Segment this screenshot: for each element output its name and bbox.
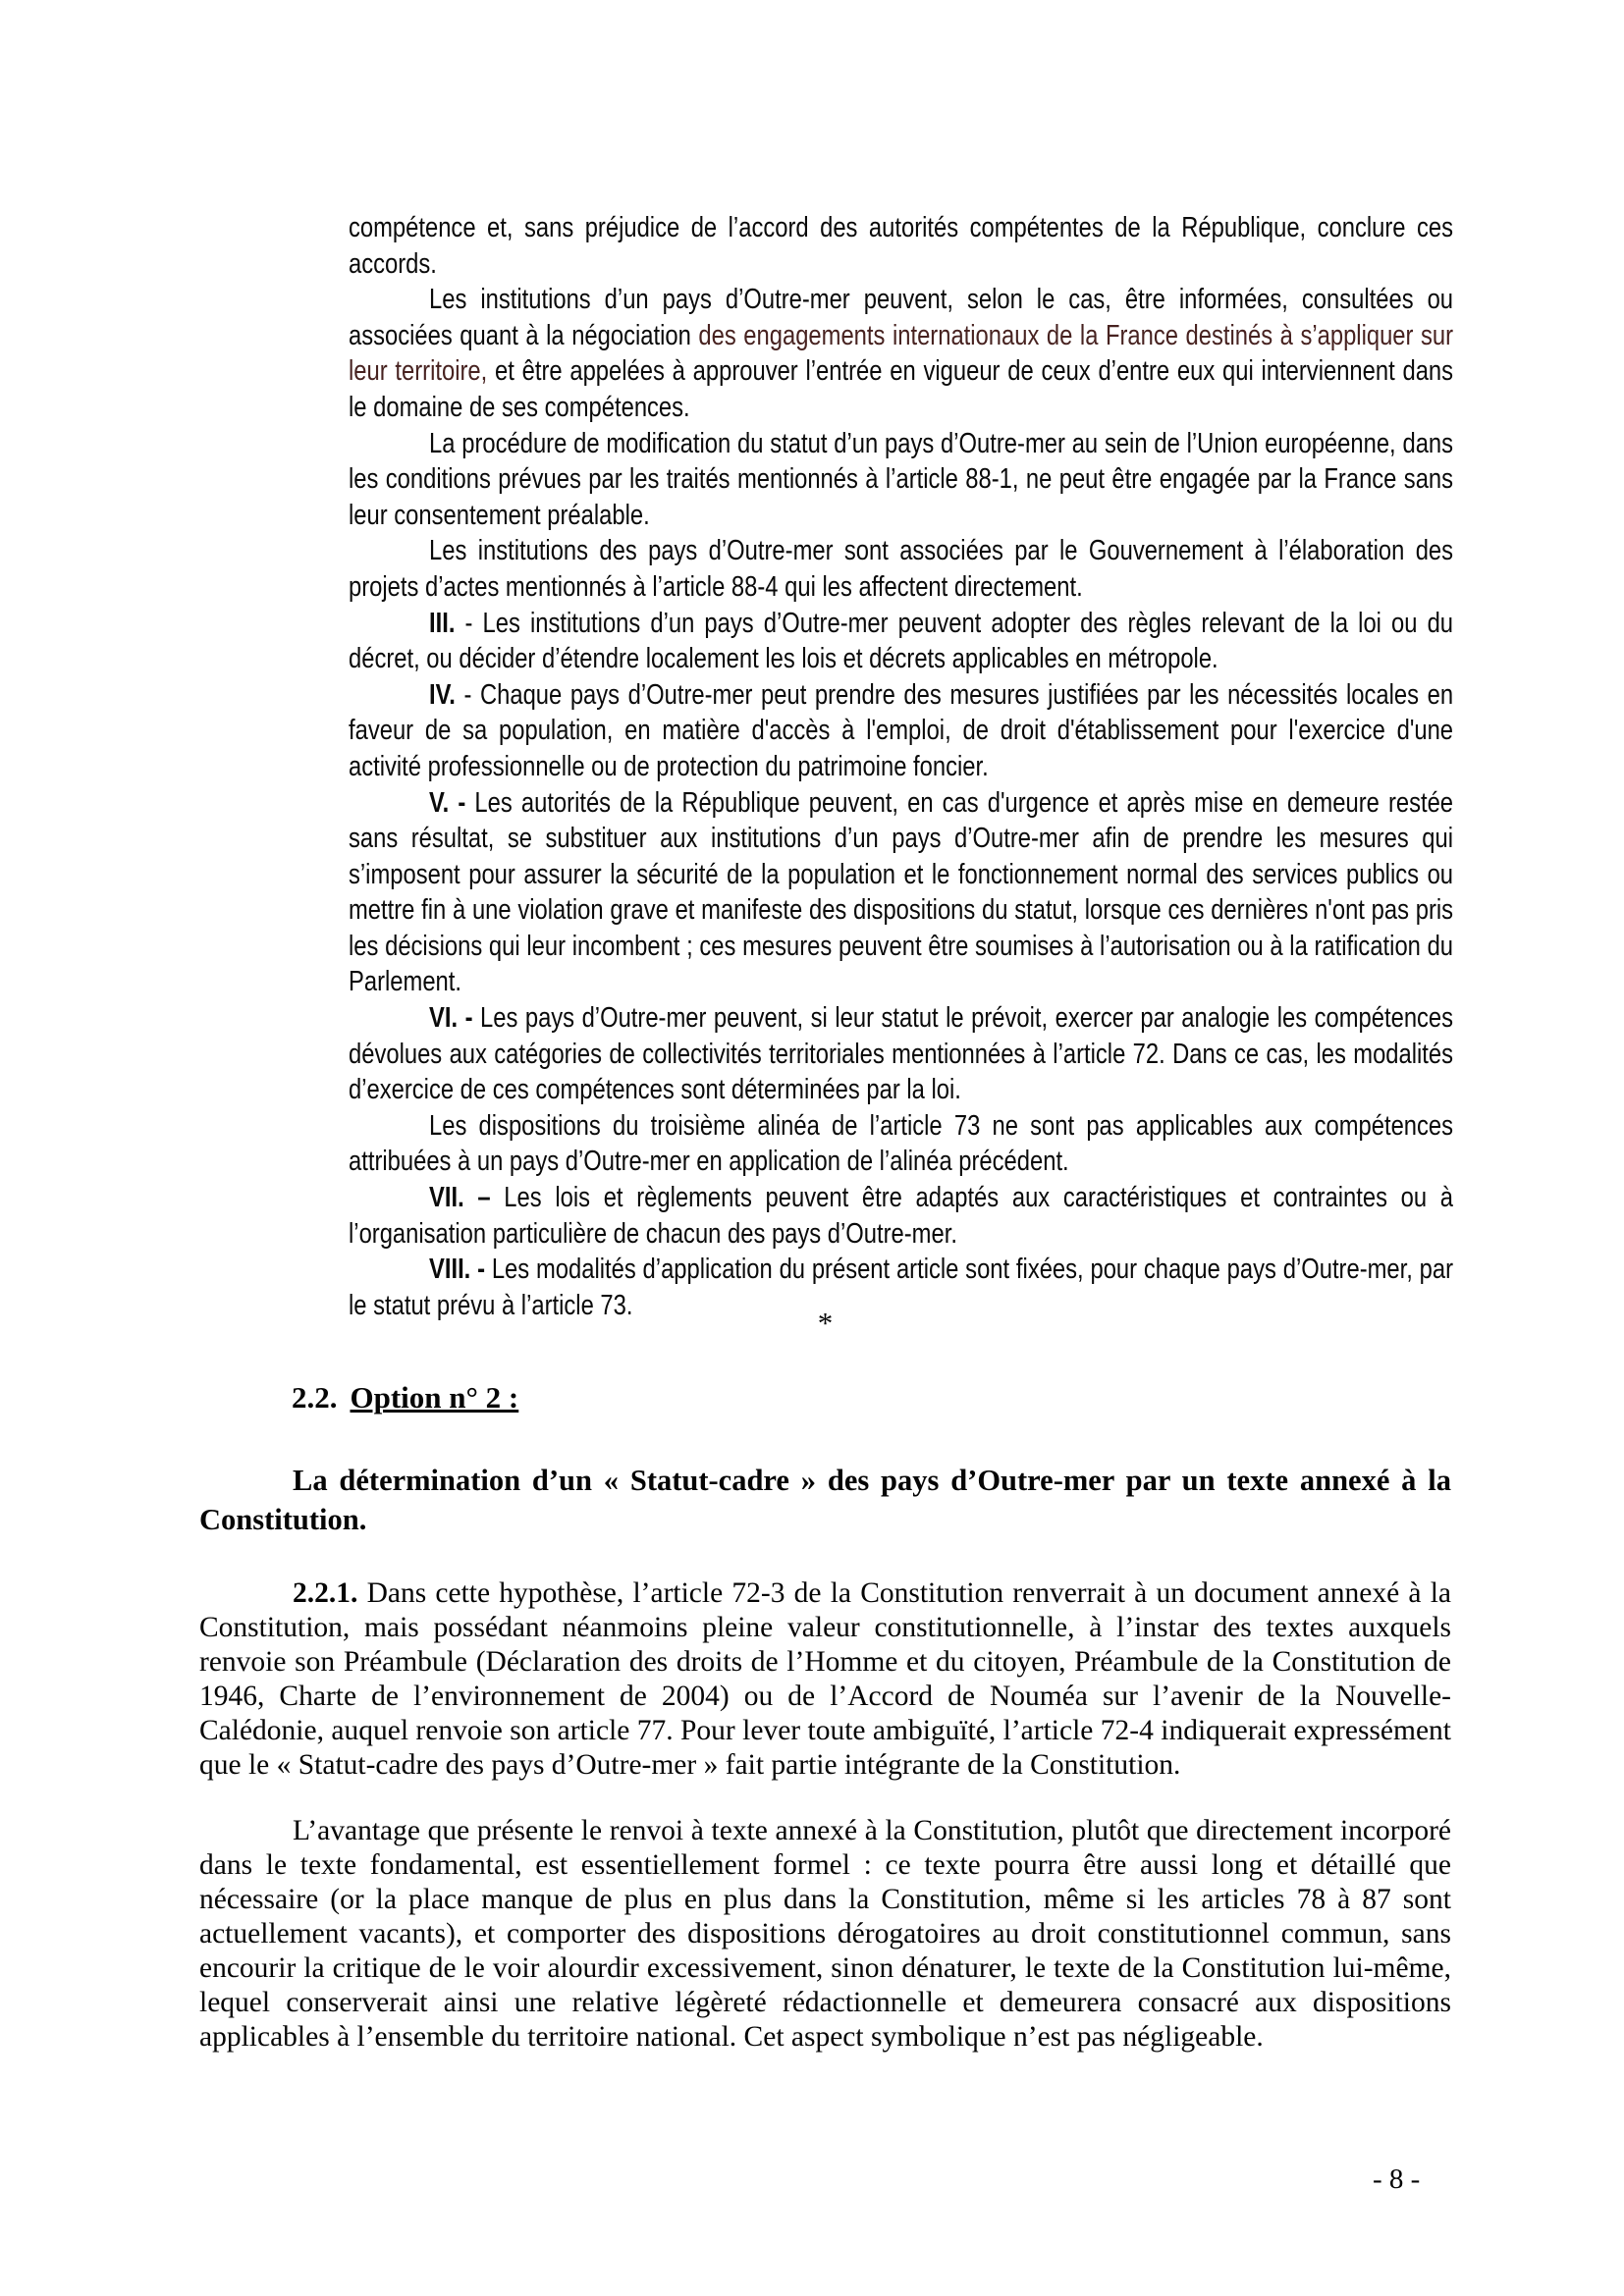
section-heading-title: Option n° 2 : [351, 1380, 519, 1415]
roman-numeral-V: V. - [429, 787, 465, 819]
roman-numeral-VI: VI. - [429, 1002, 472, 1034]
quote-paragraph-IV: IV. - Chaque pays d’Outre-mer peut prend… [349, 677, 1453, 785]
roman-numeral-III: III. [429, 608, 455, 639]
paragraph-V-text: Les autorités de la République peuvent, … [349, 787, 1453, 998]
numeral-separator [485, 1254, 492, 1285]
paragraph-advantage: L’avantage que présente le renvoi à text… [199, 1814, 1451, 2055]
numeral-separator [491, 1182, 505, 1213]
quote-paragraph-3: La procédure de modification du statut d… [349, 426, 1453, 534]
numeral-separator: - [456, 679, 480, 711]
section-heading-2-2: 2.2.Option n° 2 : [292, 1380, 1451, 1415]
page-number: - 8 - [1373, 2163, 1420, 2196]
section-subtitle: La détermination d’un « Statut-cadre » d… [199, 1461, 1451, 1539]
quote-paragraph-III: III. - Les institutions d’un pays d’Outr… [349, 606, 1453, 677]
paragraph-VI-text: Les pays d’Outre-mer peuvent, si leur st… [349, 1002, 1453, 1105]
roman-numeral-VIII: VIII. - [429, 1254, 485, 1285]
quote-paragraph-9: Les dispositions du troisième alinéa de … [349, 1108, 1453, 1180]
section-heading-number: 2.2. [292, 1380, 338, 1415]
asterisk-separator: * [199, 1306, 1451, 1341]
quote-paragraph-VII: VII. – Les lois et règlements peuvent êt… [349, 1180, 1453, 1252]
paragraph-2-2-1-number: 2.2.1. [293, 1577, 357, 1609]
paragraph-VII-text: Les lois et règlements peuvent être adap… [349, 1182, 1453, 1250]
quote-paragraph-1: compétence et, sans préjudice de l’accor… [349, 210, 1453, 282]
paragraph-2-2-1-text: Dans cette hypothèse, l’article 72-3 de … [199, 1577, 1451, 1781]
quote-paragraph-4: Les institutions des pays d’Outre-mer so… [349, 533, 1453, 605]
numeral-separator: - [455, 608, 482, 639]
roman-numeral-VII: VII. – [429, 1182, 491, 1213]
paragraph-IV-text: Chaque pays d’Outre-mer peut prendre des… [349, 679, 1453, 782]
report-section: 2.2.Option n° 2 : La détermination d’un … [199, 1380, 1451, 2055]
document-page: compétence et, sans préjudice de l’accor… [0, 0, 1624, 2296]
numeral-separator [465, 787, 474, 819]
quote-paragraph-VI: VI. - Les pays d’Outre-mer peuvent, si l… [349, 1000, 1453, 1108]
roman-numeral-IV: IV. [429, 679, 456, 711]
paragraph-2-2-1: 2.2.1. Dans cette hypothèse, l’article 7… [199, 1576, 1451, 1783]
quote-paragraph-2-end: et être appelées à approuver l’entrée en… [349, 355, 1453, 423]
article-quote-block: compétence et, sans préjudice de l’accor… [349, 210, 1453, 1323]
paragraph-III-text: Les institutions d’un pays d’Outre-mer p… [349, 608, 1453, 675]
quote-paragraph-V: V. - Les autorités de la République peuv… [349, 785, 1453, 1001]
quote-paragraph-2: Les institutions d’un pays d’Outre-mer p… [349, 282, 1453, 425]
